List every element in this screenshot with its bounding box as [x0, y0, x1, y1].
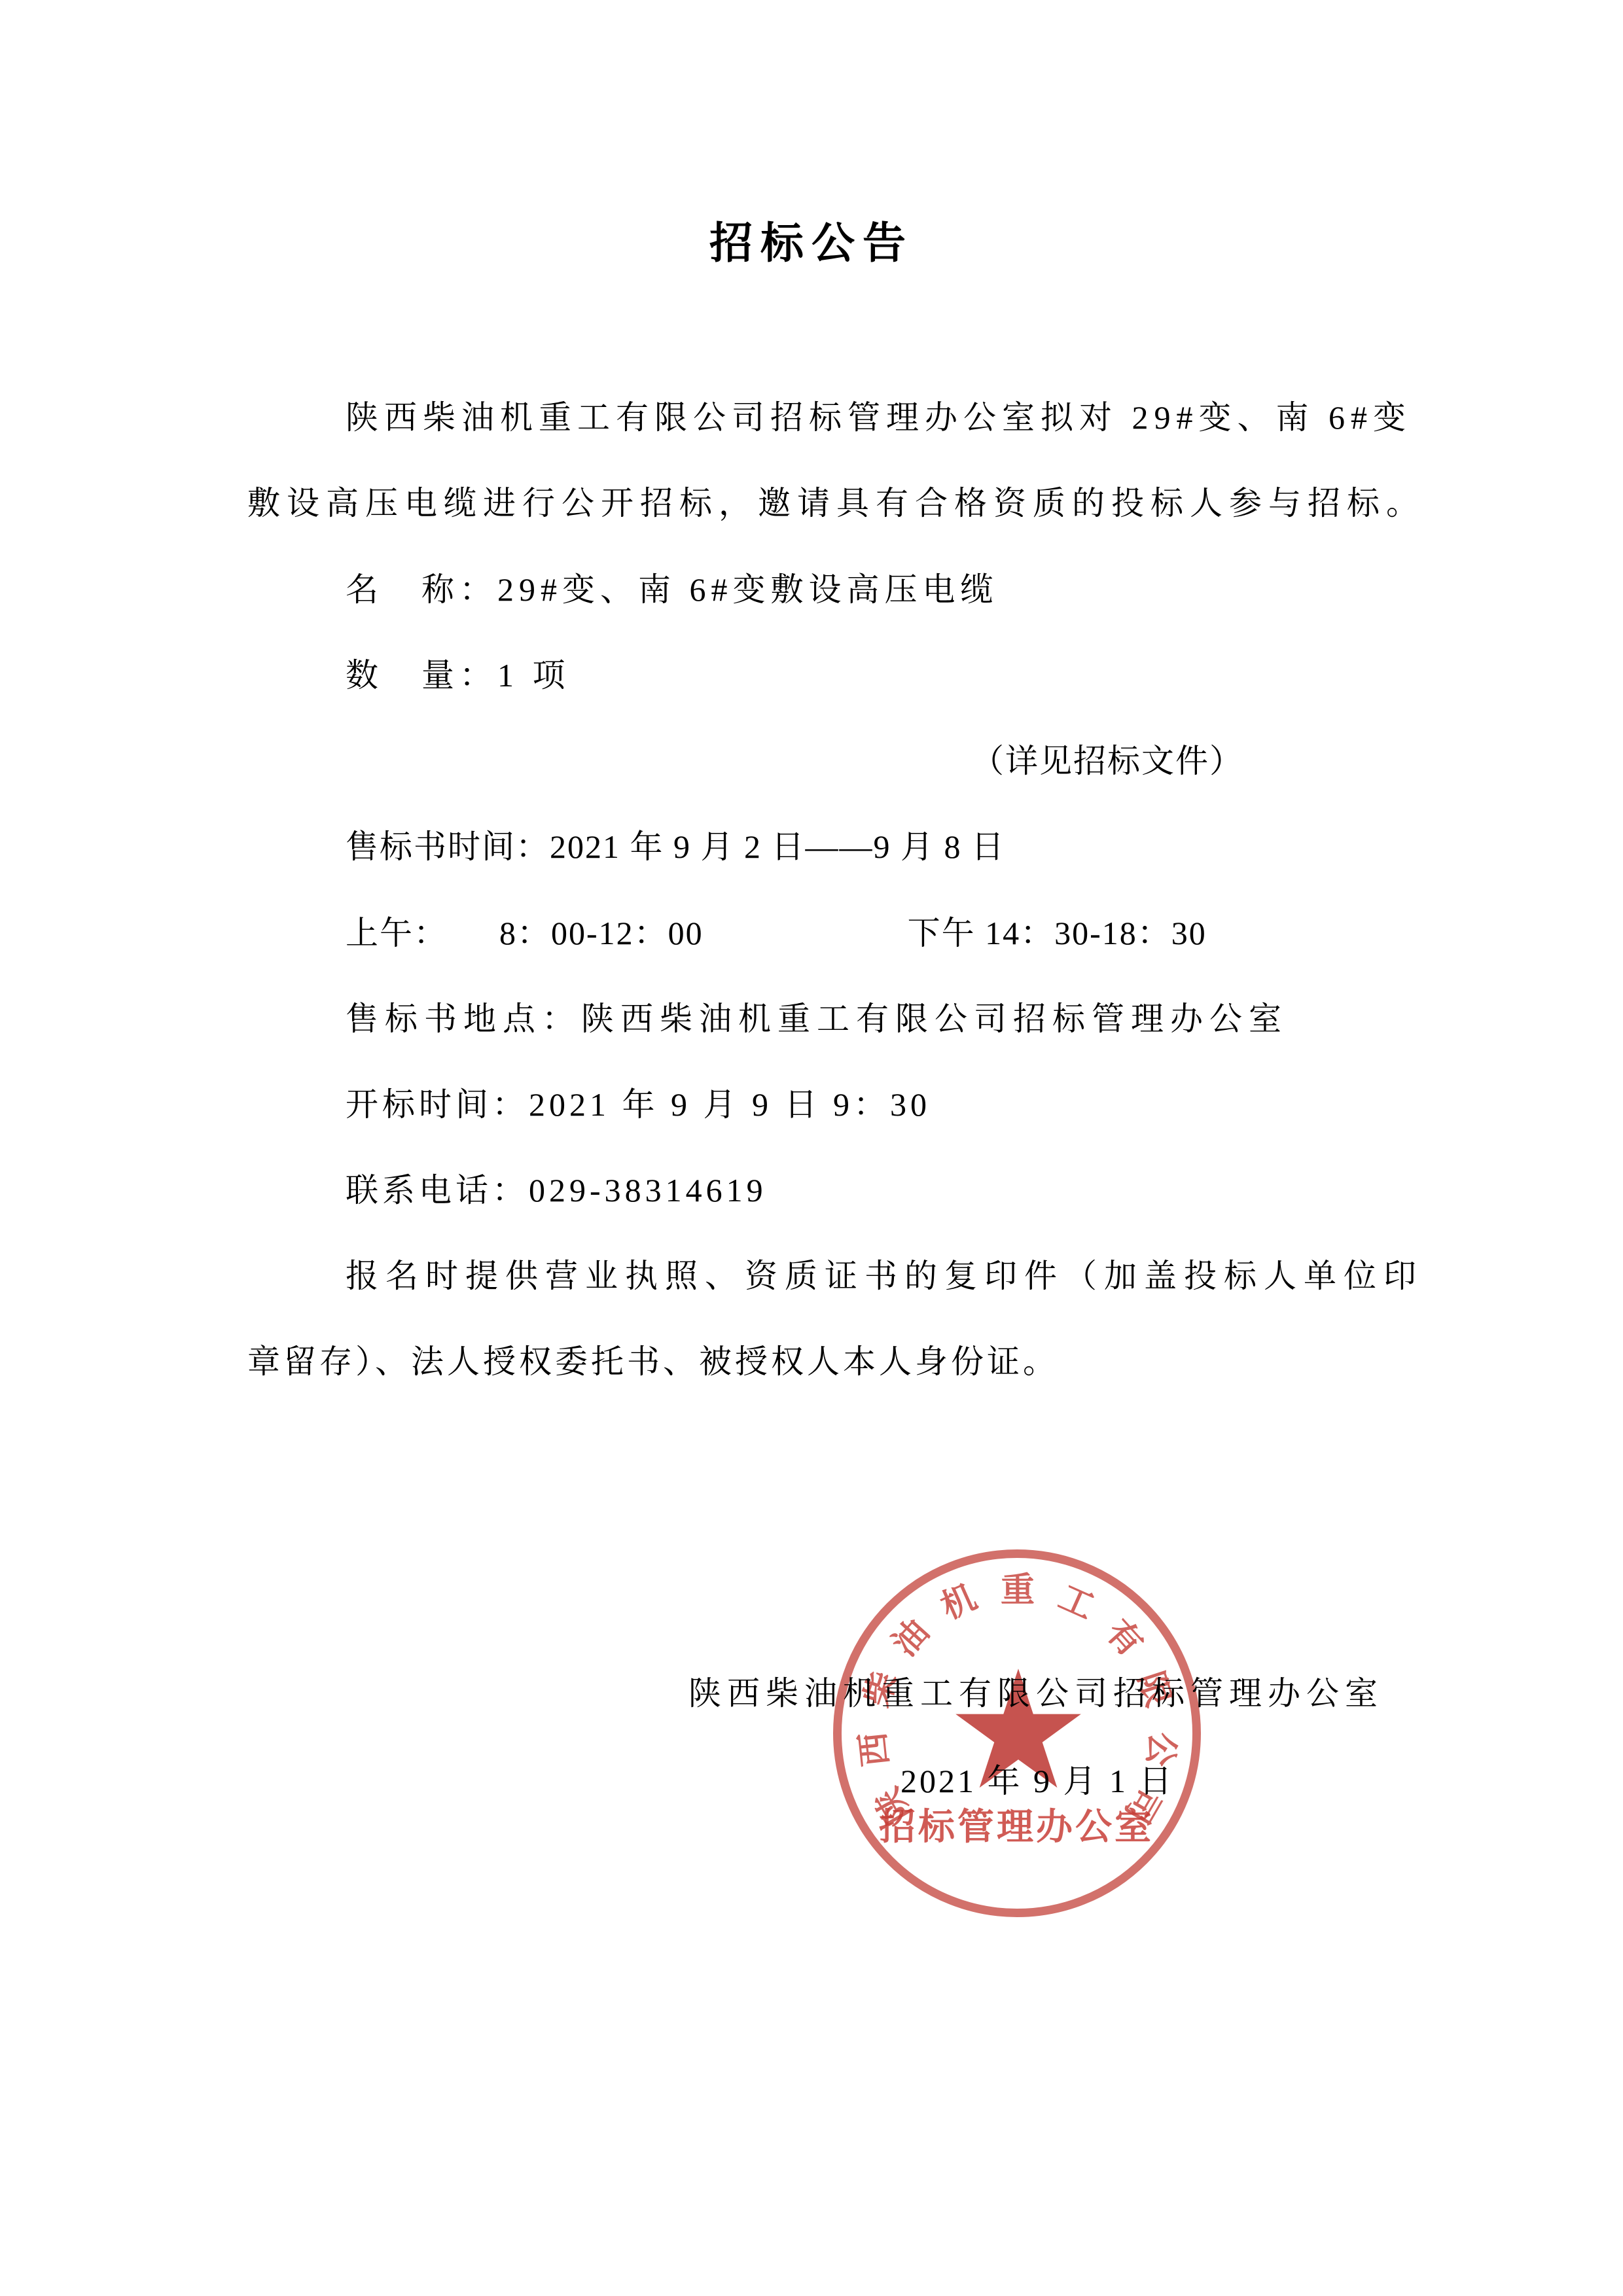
phone-line: 联系电话：029-38314619 — [346, 1164, 767, 1211]
seal-arc-char: 重 — [1001, 1563, 1035, 1612]
signature-line: 陕西柴油机重工有限公司招标管理办公室 — [688, 1667, 1383, 1714]
sale-time-line: 售标书时间：2021 年 9 月 2 日——9 月 8 日 — [346, 821, 1005, 868]
document-page: ★ 陕 西 柴 油 机 重 工 有 限 公 司 招标管理办公室 招标公告 陕西柴… — [0, 0, 1623, 2296]
intro-line-1: 陕西柴油机重工有限公司招标管理办公室拟对 29#变、南 6#变 — [346, 391, 1412, 438]
hours-line: 上午： 8：00-12：00 下午 14：30-18：30 — [346, 907, 1207, 954]
page-title: 招标公告 — [0, 208, 1623, 270]
date-line: 2021 年 9 月 1 日 — [901, 1755, 1175, 1802]
register-line-2: 章留存）、法人授权委托书、被授权人本人身份证。 — [247, 1335, 1059, 1383]
quantity-line: 数 量：1 项 — [346, 649, 571, 696]
register-line-1: 报名时提供营业执照、资质证书的复印件（加盖投标人单位印 — [346, 1250, 1423, 1297]
name-line: 名 称：29#变、南 6#变敷设高压电缆 — [346, 563, 999, 610]
intro-line-2: 敷设高压电缆进行公开招标，邀请具有合格资质的投标人参与招标。 — [247, 477, 1425, 524]
open-time-line: 开标时间：2021 年 9 月 9 日 9：30 — [346, 1078, 931, 1125]
sale-place-line: 售标书地点：陕西柴油机重工有限公司招标管理办公室 — [346, 993, 1288, 1040]
detail-note: （详见招标文件） — [971, 735, 1243, 782]
seal-arc-char: 西 — [845, 1730, 897, 1769]
